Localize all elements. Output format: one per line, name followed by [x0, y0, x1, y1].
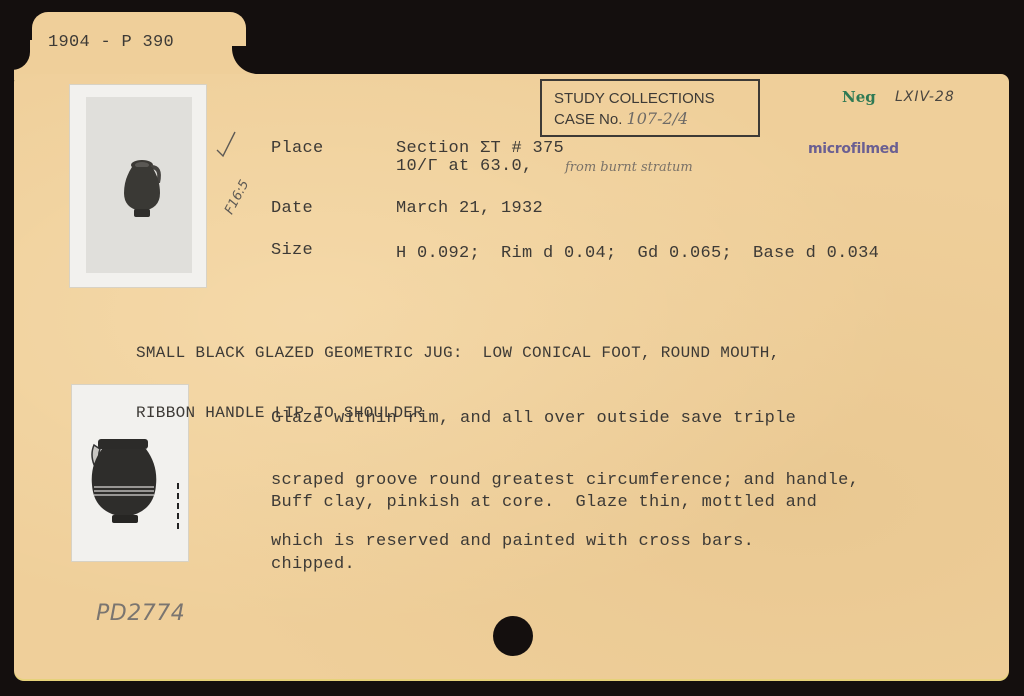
- field-label-size: Size: [271, 241, 313, 260]
- description-line: Buff clay, pinkish at core. Glaze thin, …: [271, 493, 817, 514]
- checkmark-icon: [215, 130, 239, 165]
- photo-jug-small: [70, 85, 206, 287]
- catalog-number-handwritten: PD2774: [96, 601, 185, 626]
- field-value-date: March 21, 1932: [396, 199, 543, 218]
- object-title-line1: SMALL BLACK GLAZED GEOMETRIC JUG: LOW CO…: [136, 343, 780, 363]
- stamp-case-label: CASE No.: [554, 111, 622, 128]
- stamp-case-row: CASE No. 107-2/4: [554, 109, 758, 130]
- description-paragraph-2: Buff clay, pinkish at core. Glaze thin, …: [271, 452, 817, 596]
- tab-accession-number: 1904 - P 390: [48, 33, 174, 52]
- field-value-place-line2: 10/Γ at 63.0,: [396, 157, 533, 176]
- place-handwritten-note: from burnt stratum: [565, 160, 693, 175]
- jug-icon: [90, 435, 180, 545]
- jug-icon: [120, 157, 170, 227]
- field-value-place-line1: Section ΣT # 375: [396, 139, 564, 158]
- field-label-place: Place: [271, 139, 324, 158]
- study-collections-stamp: STUDY COLLECTIONS CASE No. 107-2/4: [540, 79, 760, 137]
- stamp-title: STUDY COLLECTIONS: [554, 89, 758, 109]
- negative-number: LXIV-28: [895, 89, 955, 105]
- punch-hole: [493, 616, 533, 656]
- stamp-case-number: 107-2/4: [627, 109, 689, 128]
- microfilmed-stamp: microfilmed: [808, 141, 899, 157]
- negative-label: Neg: [842, 88, 876, 106]
- field-label-date: Date: [271, 199, 313, 218]
- field-value-size: H 0.092; Rim d 0.04; Gd 0.065; Base d 0.…: [396, 244, 879, 263]
- description-line: chipped.: [271, 555, 817, 576]
- description-line: Glaze within rim, and all over outside s…: [271, 409, 859, 430]
